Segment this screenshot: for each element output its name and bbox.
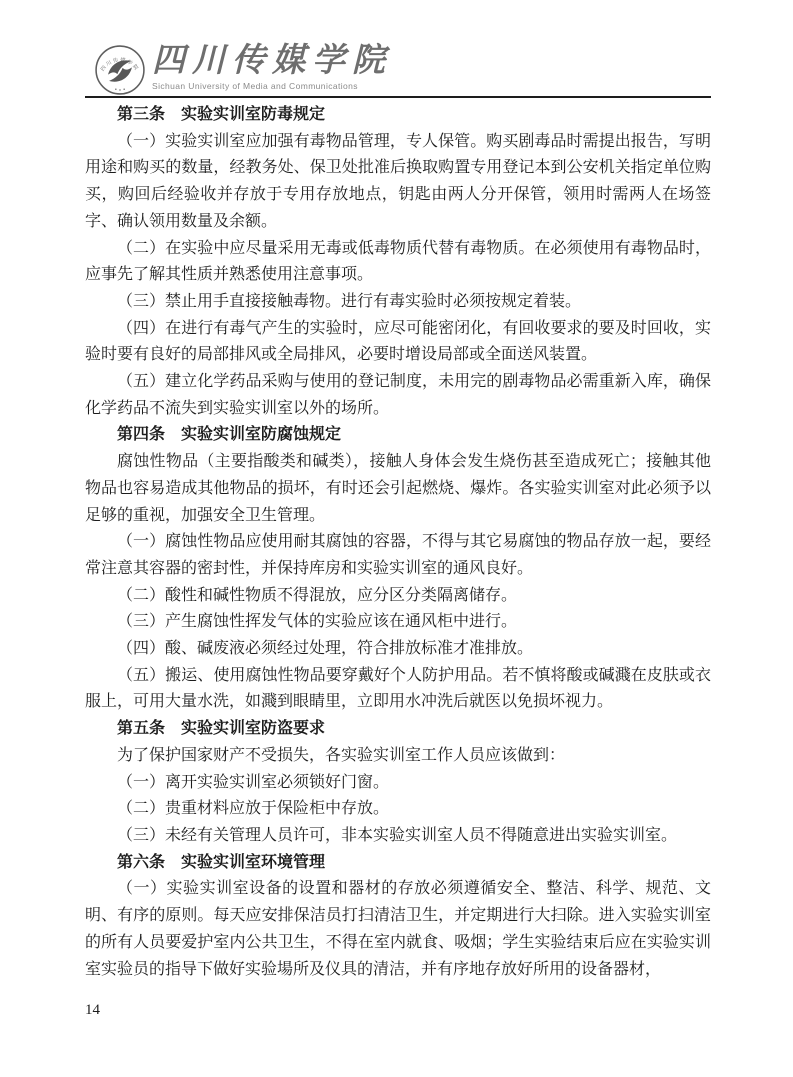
paragraph: （一）实验实训室设备的设置和器材的存放必须遵循安全、整洁、科学、规范、文明、有序…: [85, 876, 711, 983]
seal-bottom-dot: [119, 89, 120, 90]
document-body: 第三条 实验实训室防毒规定 （一）实验实训室应加强有毒物品管理，专人保管。购买剧…: [85, 102, 711, 983]
article-heading: 第四条 实验实训室防腐蚀规定: [85, 422, 711, 449]
letterhead-brand: 四川传媒学院 Sichuan University of Media and C…: [152, 42, 392, 91]
paragraph: （一）实验实训室应加强有毒物品管理，专人保管。购买剧毒品时需提出报告，写明用途和…: [85, 129, 711, 236]
page-number: 14: [85, 1001, 100, 1019]
paragraph: （二）贵重材料应放于保险柜中存放。: [85, 796, 711, 823]
paragraph: （一）腐蚀性物品应使用耐其腐蚀的容器，不得与其它易腐蚀的物品存放一起，要经常注意…: [85, 529, 711, 582]
paragraph: （二）在实验中应尽量采用无毒或低毒物质代替有毒物质。在必须使用有毒物品时，应事先…: [85, 236, 711, 289]
paragraph: （三）产生腐蚀性挥发气体的实验应该在通风柜中进行。: [85, 609, 711, 636]
header-divider-line: [85, 96, 711, 98]
article-heading: 第五条 实验实训室防盗要求: [85, 716, 711, 743]
paragraph: （五）搬运、使用腐蚀性物品要穿戴好个人防护用品。若不慎将酸或碱濺在皮肤或衣服上，…: [85, 663, 711, 716]
paragraph: （二）酸性和碱性物质不得混放，应分区分类隔离储存。: [85, 583, 711, 610]
seal-bottom-dot: [123, 89, 124, 90]
document-page: 四川传媒学院 四川传媒学院 Sichuan University of Medi…: [0, 0, 793, 1077]
seal-bottom-dot: [115, 89, 116, 90]
university-name-english: Sichuan University of Media and Communic…: [152, 81, 392, 91]
paragraph: （四）在进行有毒气产生的实验时，应尽可能密闭化，有回收要求的要及时回收，实验时要…: [85, 316, 711, 369]
paragraph: 为了保护国家财产不受损失，各实验实训室工作人员应该做到：: [85, 743, 711, 770]
article-heading: 第六条 实验实训室环境管理: [85, 850, 711, 877]
paragraph: （三）禁止用手直接接触毒物。进行有毒实验时必须按规定着装。: [85, 289, 711, 316]
paragraph: （三）未经有关管理人员许可，非本实验实训室人员不得随意进出实验实训室。: [85, 823, 711, 850]
paragraph: 腐蚀性物品（主要指酸类和碱类），接触人身体会发生烧伤甚至造成死亡；接触其他物品也…: [85, 449, 711, 529]
paragraph: （四）酸、碱废液必须经过处理，符合排放标准才准排放。: [85, 636, 711, 663]
paragraph: （五）建立化学药品采购与使用的登记制度，未用完的剧毒物品必需重新入库，确保化学药…: [85, 369, 711, 422]
university-seal-icon: 四川传媒学院: [94, 44, 146, 96]
paragraph: （一）离开实验实训室必须锁好门窗。: [85, 770, 711, 797]
university-name-chinese: 四川传媒学院: [152, 42, 392, 80]
article-heading: 第三条 实验实训室防毒规定: [85, 102, 711, 129]
